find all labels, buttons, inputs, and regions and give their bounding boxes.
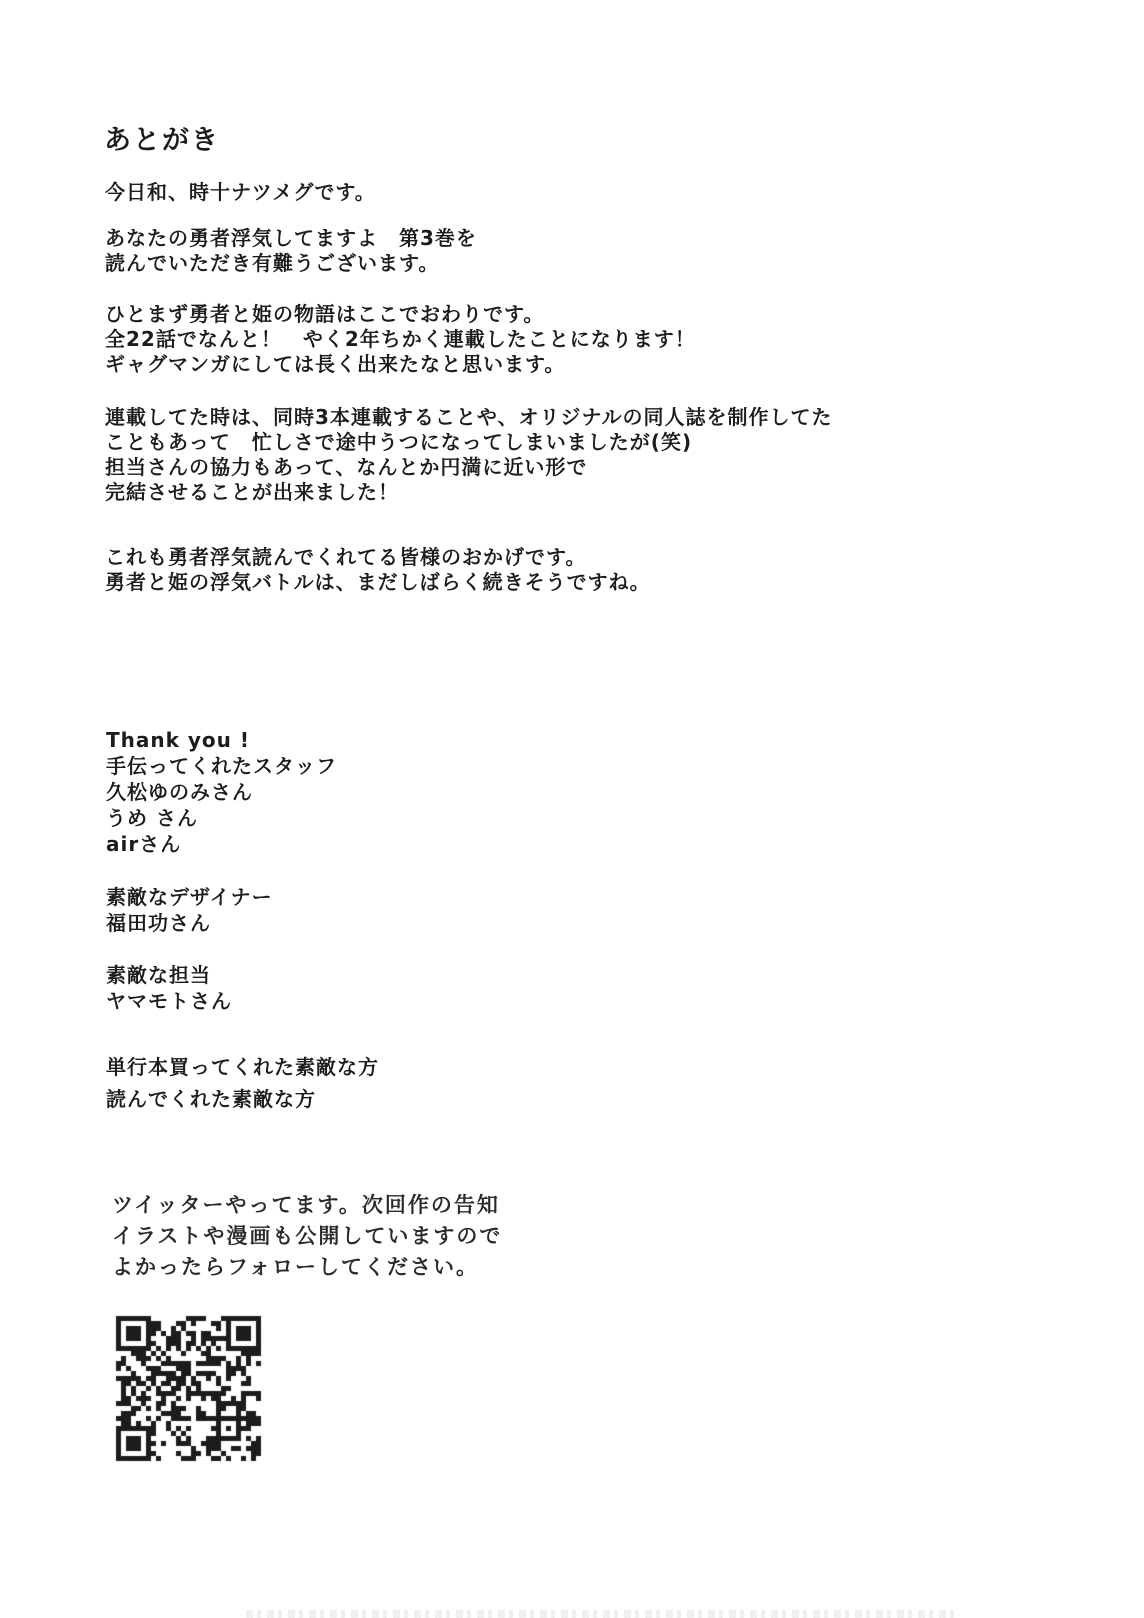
afterword-title: あとがき [104,126,220,156]
bottom-cutoff-text [246,1610,956,1618]
staff-name: うめ さん [106,805,198,831]
designer-heading: 素敵なデザイナー [106,884,273,910]
staff-name: airさん [106,831,181,857]
text-line: 担当さんの協力もあって、なんとか円満に近い形で [105,455,587,480]
text-line: 完結させることが出来ました！ [105,480,399,505]
staff-name: 久松ゆのみさん [106,779,253,805]
editor-heading: 素敵な担当 [106,962,211,988]
text-line: あなたの勇者浮気してますよ 第3巻を [105,226,477,251]
qr-code [113,1313,265,1465]
text-line: これも勇者浮気読んでくれてる皆様のおかげです。 [105,545,586,570]
text-line: 連載してた時は、同時3本連載することや、オリジナルの同人誌を制作してた [105,405,833,430]
designer-name: 福田功さん [106,910,211,936]
greeting-line: 今日和、時十ナツメグです。 [105,180,376,205]
text-line: 読んでいただき有難うございます。 [105,251,439,276]
text-line: ひとまず勇者と姫の物語はここでおわりです。 [105,302,544,327]
text-line: ギャグマンガにしては長く出来たなと思います。 [105,352,565,377]
thank-you-heading: Thank you ! [106,727,250,753]
afterword-page: { "page": { "background": "#ffffff", "in… [0,0,1144,1618]
reader-line: 読んでくれた素敵な方 [106,1084,316,1115]
twitter-note-line: ツイッターやってます。次回作の告知 [112,1190,500,1221]
twitter-note-line: よかったらフォローしてください。 [112,1252,479,1283]
twitter-note-line: イラストや漫画も公開していますので [112,1221,502,1252]
text-line: こともあって 忙しさで途中うつになってしまいましたが(笑) [105,430,692,455]
reader-line: 単行本買ってくれた素敵な方 [106,1052,379,1083]
editor-name: ヤマモトさん [106,988,232,1014]
text-line: 勇者と姫の浮気バトルは、まだしばらく続きそうですね。 [105,570,651,595]
text-line: 全22話でなんと！ やく2年ちかく連載したことになります！ [105,327,696,352]
staff-heading: 手伝ってくれたスタッフ [106,753,337,779]
